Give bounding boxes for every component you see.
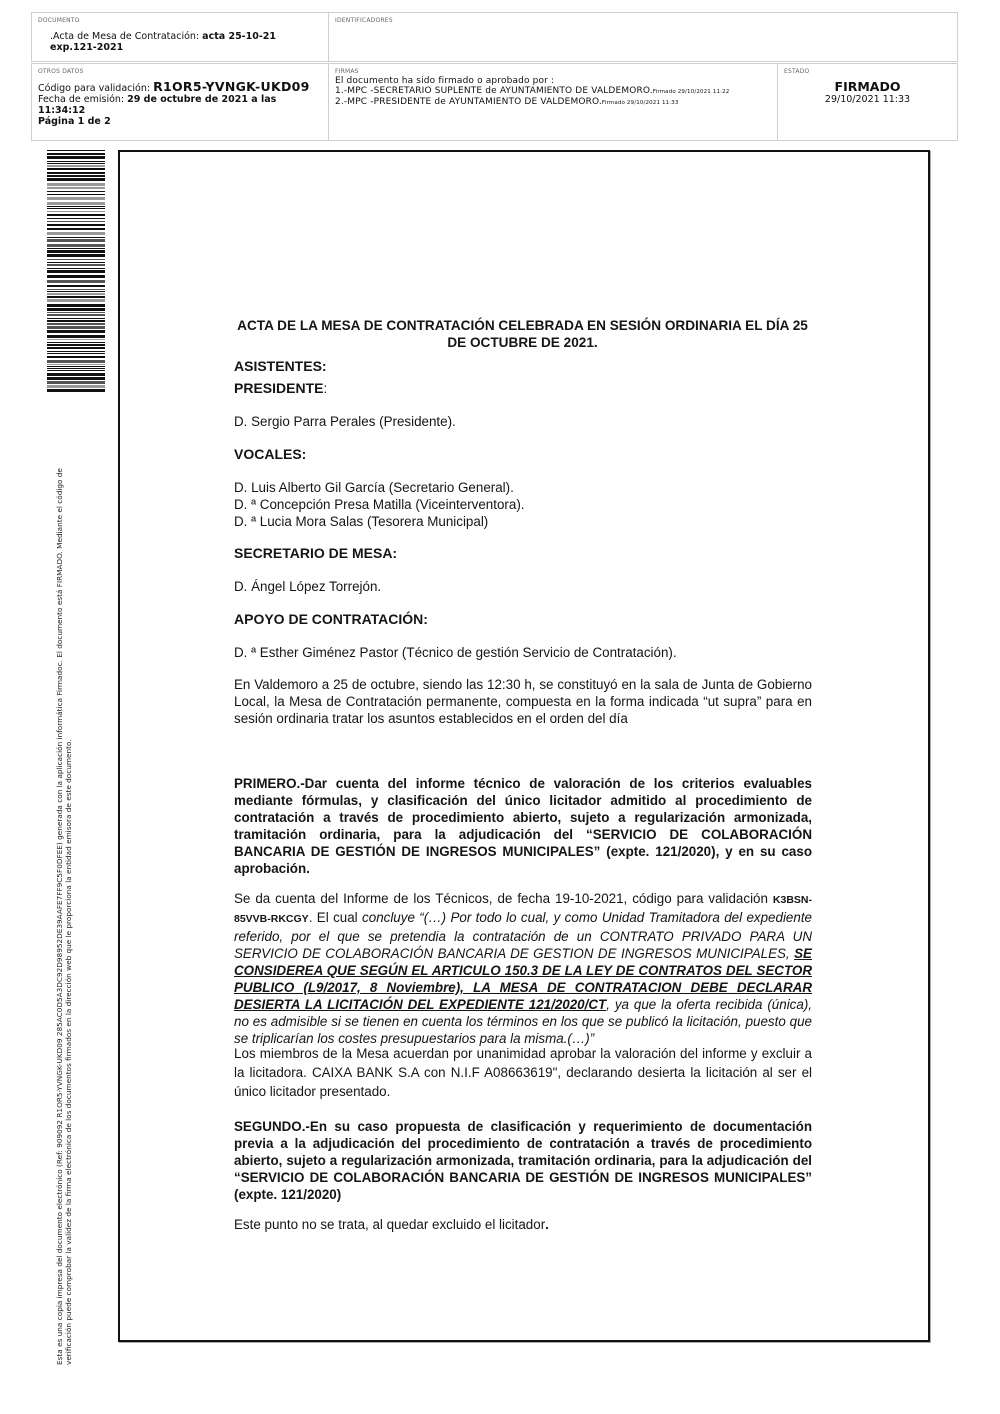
barcode-bar [47,165,105,167]
barcode-bar [47,208,105,209]
barcode-bar [47,259,105,260]
apoyo-name: D. ª Esther Giménez Pastor (Técnico de g… [234,644,812,661]
barcode-bar [47,211,105,212]
asistentes-heading: ASISTENTES: [234,358,812,375]
barcode-bar [47,360,105,363]
secretario-heading: SECRETARIO DE MESA: [234,545,812,562]
segundo-paragraph: Este punto no se trata, al quedar exclui… [234,1216,812,1233]
status-date: 29/10/2021 11:33 [784,94,951,105]
barcode-bar [47,172,105,174]
segundo-heading: SEGUNDO.-En su caso propuesta de clasifi… [234,1118,812,1203]
barcode-bar [47,178,105,181]
barcode-bar [47,291,105,292]
barcode-bar [47,163,105,164]
barcode-bar [47,330,105,333]
barcode-bar [47,239,105,242]
verification-side-note: Esta es una copia impresa del documento … [55,420,73,1365]
barcode-bar [47,183,105,186]
barcode-bar [47,221,105,222]
barcode-bar [47,202,105,205]
identificadores-cell: IDENTIFICADORES [328,13,957,61]
barcode-bar [47,368,105,369]
barcode-bar [47,156,105,159]
barcode [47,150,105,390]
identificadores-caption: IDENTIFICADORES [335,17,951,24]
barcode-bar [47,366,105,367]
secretario-name: D. Ángel López Torrejón. [234,578,812,595]
barcode-bar [47,296,105,298]
vocal-2: D. ª Concepción Presa Matilla (Viceinter… [234,496,812,513]
barcode-bar [47,250,105,253]
barcode-bar [47,377,105,380]
barcode-bar [47,370,105,371]
barcode-bar [47,254,105,257]
page-number: Página 1 de 2 [38,116,322,127]
barcode-bar [47,206,105,207]
barcode-bar [47,326,105,329]
signer-2: 2.-MPC -PRESIDENTE de AYUNTAMIENTO DE VA… [335,97,771,108]
barcode-bar [47,389,105,392]
barcode-bar [47,191,105,192]
barcode-bar [47,224,105,226]
barcode-bar [47,356,105,358]
barcode-bar [47,218,105,219]
barcode-bar [47,289,105,290]
firmas-caption: FIRMAS [335,68,771,75]
emission-date: Fecha de emisión: 29 de octubre de 2021 … [38,94,322,116]
barcode-bar [47,228,105,230]
barcode-bar [47,353,105,354]
barcode-bar [47,275,105,278]
firmas-cell: FIRMAS El documento ha sido firmado o ap… [328,64,777,140]
vocales-heading: VOCALES: [234,446,812,463]
barcode-bar [47,381,105,384]
documento-caption: DOCUMENTO [38,17,322,24]
barcode-bar [47,197,105,200]
apoyo-heading: APOYO DE CONTRATACIÓN: [234,611,812,628]
acta-title: ACTA DE LA MESA DE CONTRATACIÓN CELEBRAD… [230,317,815,351]
barcode-bar [47,385,105,388]
barcode-bar [47,344,105,346]
vocal-1: D. Luis Alberto Gil García (Secretario G… [234,479,812,496]
primero-heading: PRIMERO.-Dar cuenta del informe técnico … [234,775,812,877]
barcode-bar [47,314,105,316]
estado-caption: ESTADO [784,68,951,75]
barcode-bar [47,237,105,238]
barcode-bar [47,153,105,155]
presidente-heading: PRESIDENTE: [234,380,812,397]
barcode-bar [47,161,105,162]
barcode-bar [47,347,105,349]
primero-informe-paragraph: Se da cuenta del Informe de los Técnicos… [234,890,812,1047]
primero-acuerdo-paragraph: Los miembros de la Mesa acuerdan por una… [234,1044,812,1101]
barcode-bar [47,364,105,365]
barcode-bar [47,339,105,340]
barcode-bar [47,268,105,269]
barcode-bar [47,175,105,177]
intro-paragraph: En Valdemoro a 25 de octubre, siendo las… [234,676,812,727]
barcode-bar [47,308,105,311]
validation-code-value[interactable]: R1OR5-YVNGK-UKD09 [153,79,310,94]
barcode-bar [47,280,105,283]
barcode-bar [47,342,105,343]
vocal-3: D. ª Lucia Mora Salas (Tesorera Municipa… [234,513,812,530]
barcode-bar [47,264,105,266]
firmas-intro: El documento ha sido firmado o aprobado … [335,76,771,86]
barcode-bar [47,299,105,302]
barcode-bar [47,214,105,216]
barcode-bar [47,293,105,295]
barcode-bar [47,335,105,338]
estado-cell: ESTADO FIRMADO 29/10/2021 11:33 [777,64,957,140]
barcode-bar [47,373,105,376]
barcode-bar [47,323,105,325]
barcode-bar [47,312,105,313]
presidente-name: D. Sergio Parra Perales (Presidente). [234,413,812,430]
barcode-bar [47,351,105,352]
barcode-bar [47,270,105,273]
barcode-bar [47,320,105,322]
barcode-bar [47,285,105,287]
status-badge: FIRMADO [784,79,951,94]
validation-code: Código para validación: R1OR5-YVNGK-UKD0… [38,81,322,94]
documento-cell: DOCUMENTO .Acta de Mesa de Contratación:… [32,13,328,61]
signer-1: 1.-MPC -SECRETARIO SUPLENTE de AYUNTAMIE… [335,86,771,97]
barcode-bar [47,194,105,195]
barcode-bar [47,150,105,151]
barcode-bar [47,304,105,307]
barcode-bar [47,168,105,170]
barcode-bar [47,232,105,235]
document-metadata-row-1: DOCUMENTO .Acta de Mesa de Contratación:… [31,12,958,62]
otros-datos-cell: OTROS DATOS Código para validación: R1OR… [32,64,328,140]
barcode-bar [47,248,105,249]
barcode-bar [47,262,105,263]
barcode-bar [47,244,105,247]
otros-datos-caption: OTROS DATOS [38,68,322,75]
barcode-bar [47,187,105,189]
document-title: .Acta de Mesa de Contratación: acta 25-1… [38,31,322,53]
document-metadata-row-2: OTROS DATOS Código para validación: R1OR… [31,63,958,141]
barcode-bar [47,318,105,319]
